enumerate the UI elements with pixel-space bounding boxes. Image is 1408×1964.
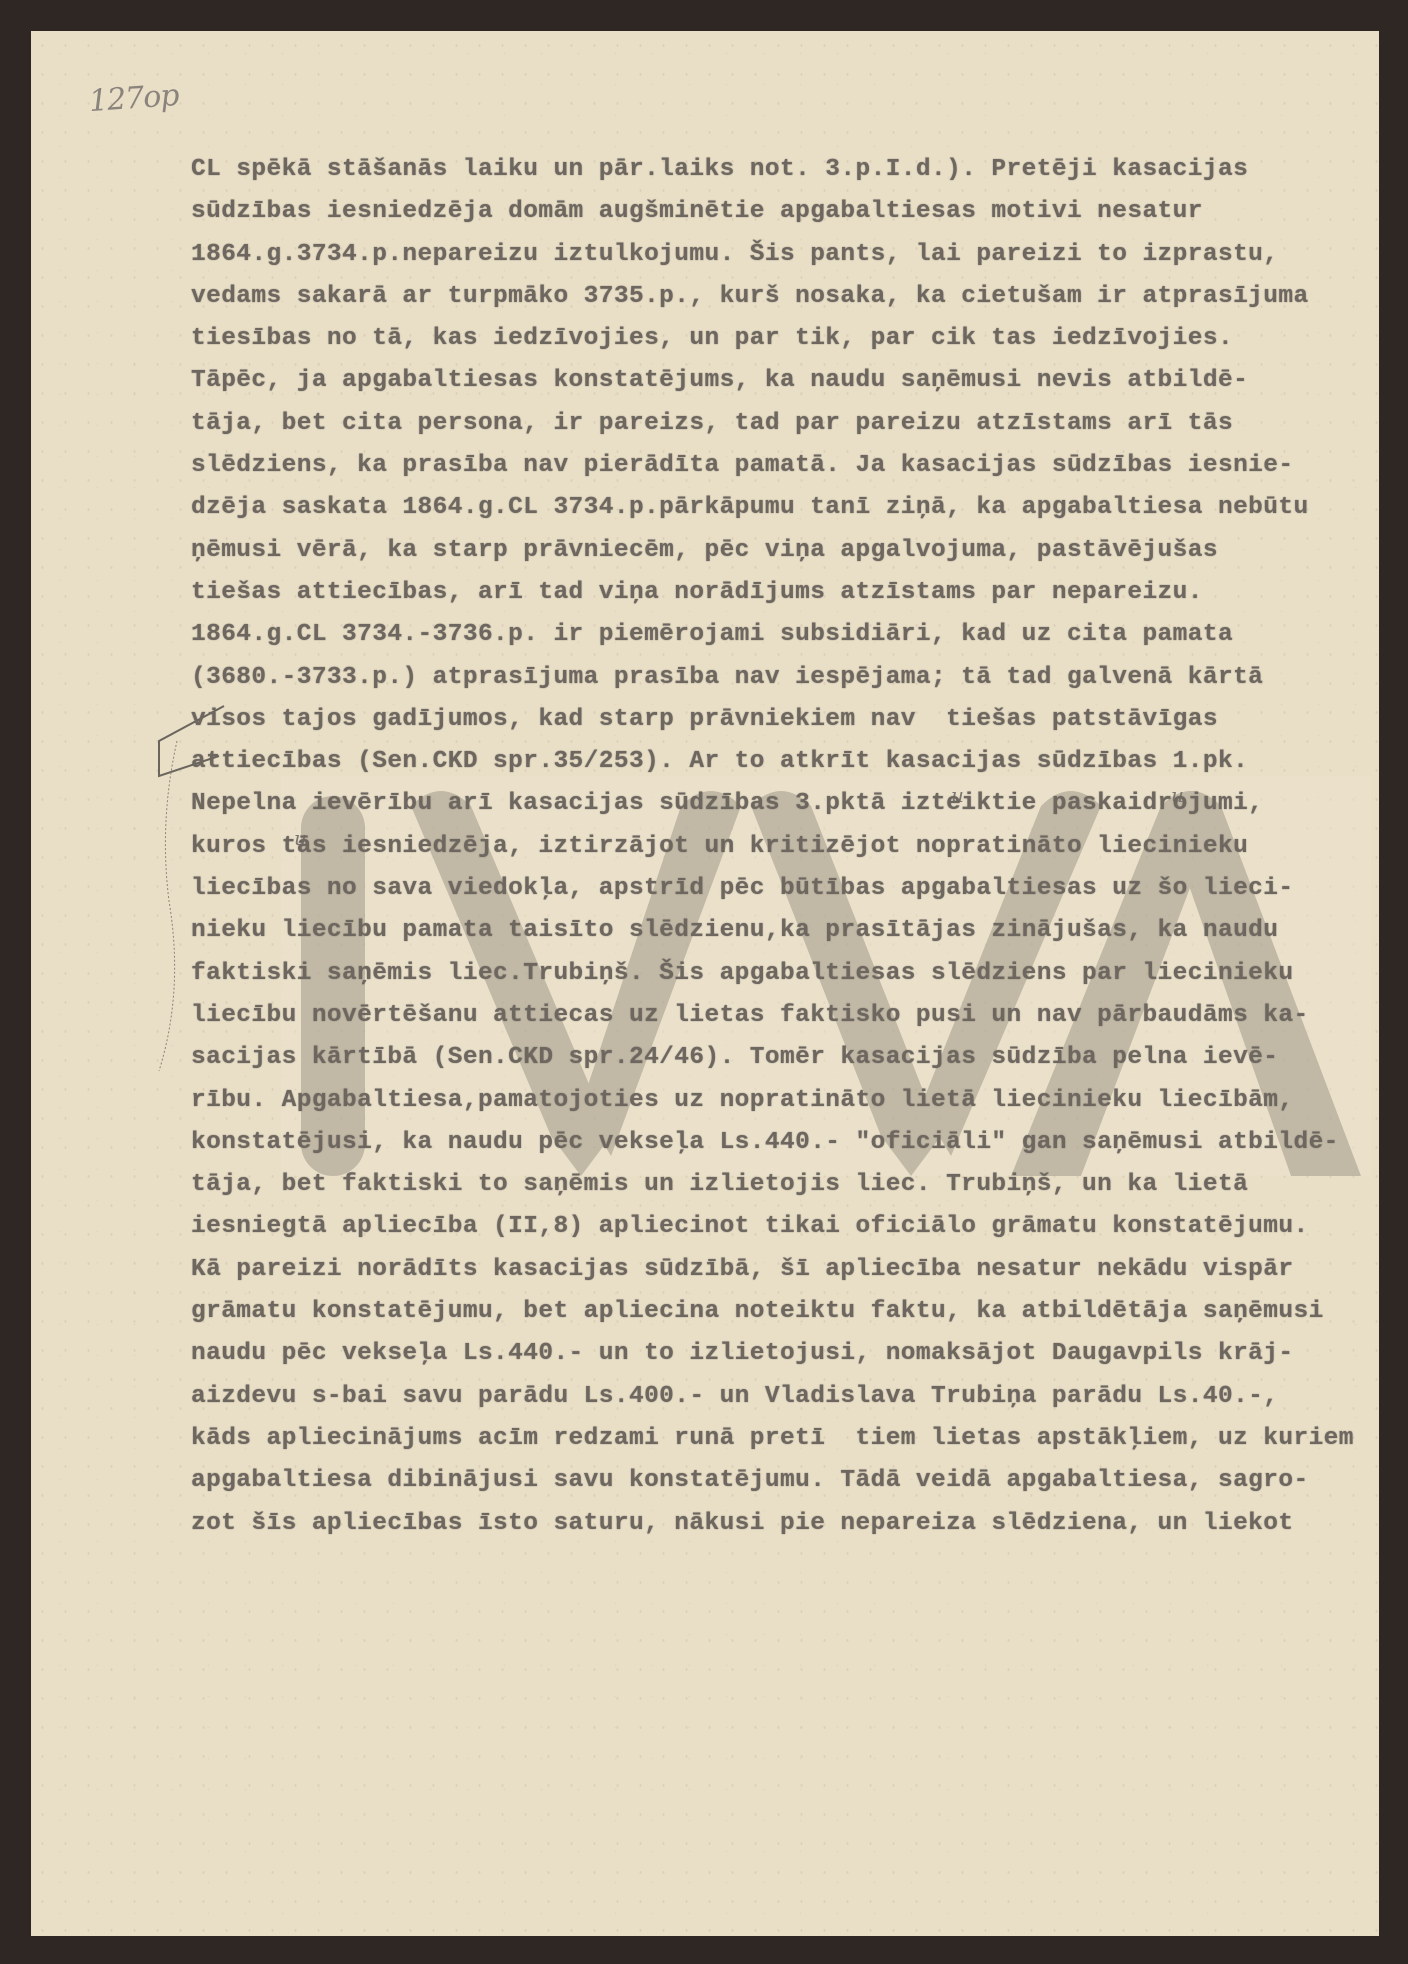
text-line: kuros tās iesniedzēja, iztirzājot un kri… — [191, 826, 1371, 868]
text-line: vedams sakarā ar turpmāko 3735.p., kurš … — [191, 276, 1371, 318]
text-line: ņēmusi vērā, ka starp prāvniecēm, pēc vi… — [191, 530, 1371, 572]
text-line: 1864.g.3734.p.nepareizu iztulkojumu. Šis… — [191, 234, 1371, 276]
document-page: 127op u u u CL spēkā stā — [31, 31, 1379, 1936]
text-line: Kā pareizi norādīts kasacijas sūdzībā, š… — [191, 1249, 1371, 1291]
text-line: liecību novērtēšanu attiecas uz lietas f… — [191, 995, 1371, 1037]
text-line: naudu pēc vekseļa Ls.440.- un to izlieto… — [191, 1333, 1371, 1375]
text-line: tāja, bet faktiski to saņēmis un izlieto… — [191, 1164, 1371, 1206]
typewritten-body: CL spēkā stāšanās laiku un pār.laiks not… — [191, 149, 1371, 1545]
text-line: Tāpēc, ja apgabaltiesas konstatējums, ka… — [191, 360, 1371, 402]
text-line: rību. Apgabaltiesa,pamatojoties uz nopra… — [191, 1080, 1371, 1122]
text-line: 1864.g.CL 3734.-3736.p. ir piemērojami s… — [191, 614, 1371, 656]
text-line: kāds apliecinājums acīm redzami runā pre… — [191, 1418, 1371, 1460]
text-line: iesniegtā apliecība (II,8) apliecinot ti… — [191, 1206, 1371, 1248]
text-line: konstatējusi, ka naudu pēc vekseļa Ls.44… — [191, 1122, 1371, 1164]
text-line: apgabaltiesa dibinājusi savu konstatējum… — [191, 1460, 1371, 1502]
text-line: grāmatu konstatējumu, bet apliecina note… — [191, 1291, 1371, 1333]
text-line: aizdevu s-bai savu parādu Ls.400.- un Vl… — [191, 1376, 1371, 1418]
text-line: attiecības (Sen.CKD spr.35/253). Ar to a… — [191, 741, 1371, 783]
text-line: visos tajos gadījumos, kad starp prāvnie… — [191, 699, 1371, 741]
text-line: Nepelna ievērību arī kasacijas sūdzības … — [191, 783, 1371, 825]
text-line: zot šīs apliecības īsto saturu, nākusi p… — [191, 1503, 1371, 1545]
text-line: sacijas kārtībā (Sen.CKD spr.24/46). Tom… — [191, 1037, 1371, 1079]
text-line: sūdzības iesniedzēja domām augšminētie a… — [191, 191, 1371, 233]
text-line: tiesības no tā, kas iedzīvojies, un par … — [191, 318, 1371, 360]
text-line: (3680.-3733.p.) atprasījuma prasība nav … — [191, 657, 1371, 699]
text-line: faktiski saņēmis liec.Trubiņš. Šis apgab… — [191, 953, 1371, 995]
text-line: tiešas attiecības, arī tad viņa norādīju… — [191, 572, 1371, 614]
text-line: nieku liecību pamata taisīto slēdzienu,k… — [191, 910, 1371, 952]
text-line: slēdziens, ka prasība nav pierādīta pama… — [191, 445, 1371, 487]
text-line: liecības no sava viedokļa, apstrīd pēc b… — [191, 868, 1371, 910]
text-line: tāja, bet cita persona, ir pareizs, tad … — [191, 403, 1371, 445]
folio-annotation: 127op — [88, 78, 180, 119]
text-line: dzēja saskata 1864.g.CL 3734.p.pārkāpumu… — [191, 487, 1371, 529]
text-line: CL spēkā stāšanās laiku un pār.laiks not… — [191, 149, 1371, 191]
